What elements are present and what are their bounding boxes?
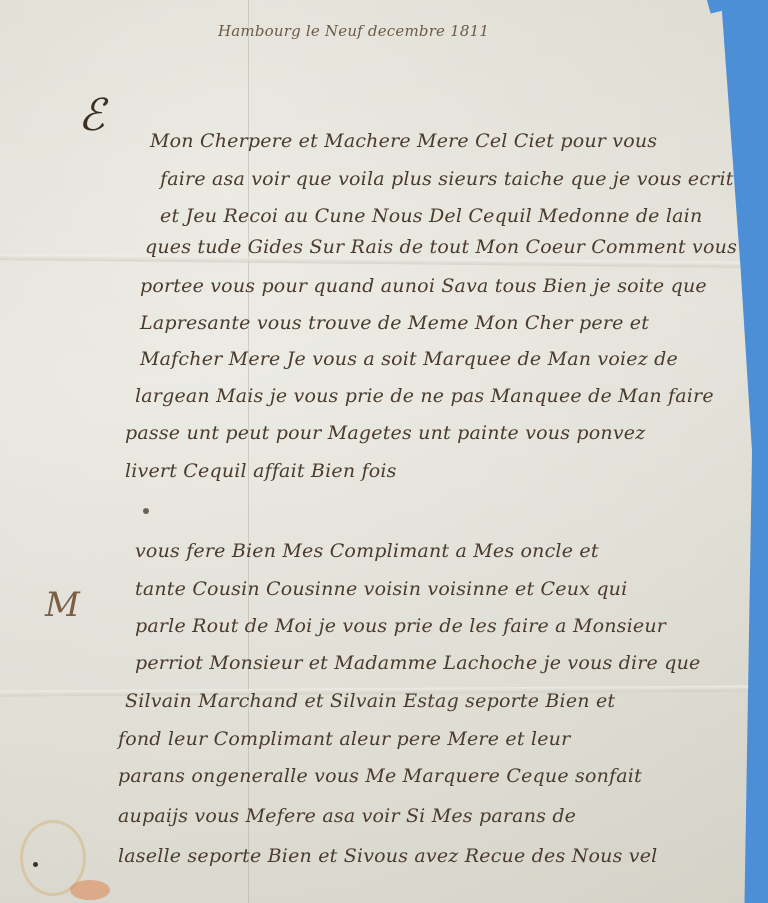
text-line: parans ongeneralle vous Me Marquere Cequ… — [118, 765, 642, 787]
opening-flourish: ℰ — [78, 90, 105, 141]
text-line: ques tude Gides Sur Rais de tout Mon Coe… — [145, 236, 737, 258]
text-line: perriot Monsieur et Madamme Lachoche je … — [135, 652, 700, 674]
text-line: parle Rout de Moi je vous prie de les fa… — [135, 615, 666, 637]
text-line: et Jeu Recoi au Cune Nous Del Cequil Med… — [160, 205, 702, 227]
text-line: Mon Cherpere et Machere Mere Cel Ciet po… — [150, 130, 657, 152]
text-line: vous fere Bien Mes Complimant a Mes oncl… — [135, 540, 599, 562]
text-line: fond leur Complimant aleur pere Mere et … — [118, 728, 570, 750]
text-line: aupaijs vous Mefere asa voir Si Mes para… — [118, 805, 576, 827]
text-line: portee vous pour quand aunoi Sava tous B… — [140, 275, 707, 297]
text-line: passe unt peut pour Magetes unt painte v… — [125, 422, 645, 444]
letter-page: Hambourg le Neuf decembre 1811 ℰ Mon Che… — [0, 0, 752, 903]
ink-dot — [143, 508, 149, 514]
text-line: livert Cequil affait Bien fois — [125, 460, 397, 482]
text-line: faire asa voir que voila plus sieurs tai… — [160, 168, 734, 190]
text-line: laselle seporte Bien et Sivous avez Recu… — [118, 845, 657, 867]
text-line: tante Cousin Cousinne voisin voisinne et… — [135, 578, 627, 600]
margin-mark: M — [45, 585, 80, 625]
dateline: Hambourg le Neuf decembre 1811 — [218, 22, 489, 40]
text-line: Mafcher Mere Je vous a soit Marquee de M… — [140, 348, 678, 370]
text-line: largean Mais je vous prie de ne pas Manq… — [135, 385, 714, 407]
rust-stain — [70, 880, 110, 900]
ink-dot — [33, 862, 38, 867]
text-line: Lapresante vous trouve de Meme Mon Cher … — [140, 312, 649, 334]
text-line: Silvain Marchand et Silvain Estag seport… — [125, 690, 615, 712]
